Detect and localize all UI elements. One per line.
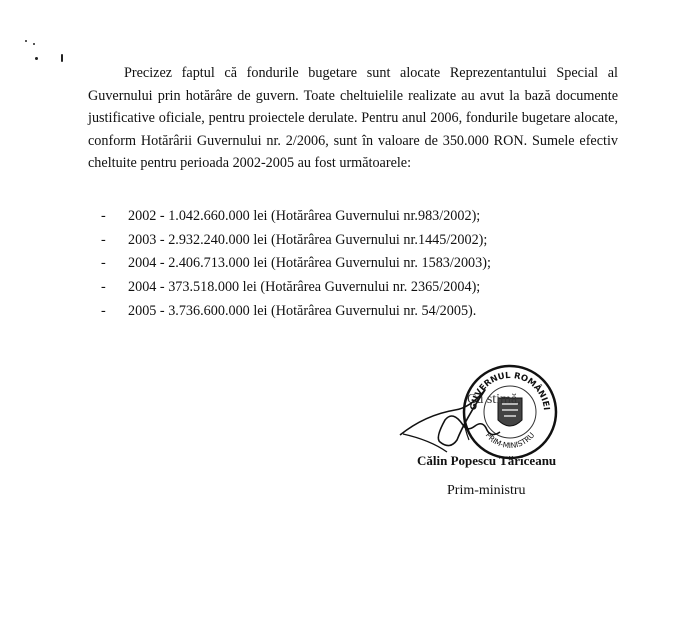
paragraph-line: conform Hotărârii Guvernului nr. 2/2006,… <box>88 130 618 153</box>
list-bullet: - <box>101 300 128 324</box>
list-bullet: - <box>101 229 128 253</box>
scan-speck <box>61 54 63 62</box>
list-bullet: - <box>101 205 128 229</box>
list-item-text: 2002 - 1.042.660.000 lei (Hotărârea Guve… <box>128 208 480 224</box>
paragraph-line: cheltuite pentru perioada 2002-2005 au f… <box>88 152 618 175</box>
list-item: -2004 - 2.406.713.000 lei (Hotărârea Guv… <box>101 252 491 276</box>
document-page: Precizez faptul că fondurile bugetare su… <box>0 0 699 631</box>
list-item: -2004 - 373.518.000 lei (Hotărârea Guver… <box>101 276 491 300</box>
list-item: -2005 - 3.736.600.000 lei (Hotărârea Guv… <box>101 300 491 324</box>
paragraph-line: Guvernului prin hotărâre de guvern. Toat… <box>88 85 618 108</box>
list-bullet: - <box>101 276 128 300</box>
signature-icon <box>395 380 515 460</box>
scan-speck <box>35 57 38 60</box>
paragraph-line: Precizez faptul că fondurile bugetare su… <box>88 62 618 85</box>
list-item: -2003 - 2.932.240.000 lei (Hotărârea Guv… <box>101 229 491 253</box>
paragraph-line: justificative oficiale, pentru proiectel… <box>88 107 618 130</box>
scan-speck <box>25 40 27 42</box>
list-item-text: 2004 - 2.406.713.000 lei (Hotărârea Guve… <box>128 255 491 271</box>
signatory-title: Prim-ministru <box>447 483 526 499</box>
list-item-text: 2005 - 3.736.600.000 lei (Hotărârea Guve… <box>128 303 476 319</box>
expense-list: -2002 - 1.042.660.000 lei (Hotărârea Guv… <box>101 205 491 323</box>
scan-speck <box>33 43 35 45</box>
list-item-text: 2004 - 373.518.000 lei (Hotărârea Guvern… <box>128 279 480 295</box>
list-item-text: 2003 - 2.932.240.000 lei (Hotărârea Guve… <box>128 232 487 248</box>
body-paragraph: Precizez faptul că fondurile bugetare su… <box>88 62 618 175</box>
list-bullet: - <box>101 252 128 276</box>
list-item: -2002 - 1.042.660.000 lei (Hotărârea Guv… <box>101 205 491 229</box>
signatory-name: Călin Popescu Tăriceanu <box>417 453 556 469</box>
